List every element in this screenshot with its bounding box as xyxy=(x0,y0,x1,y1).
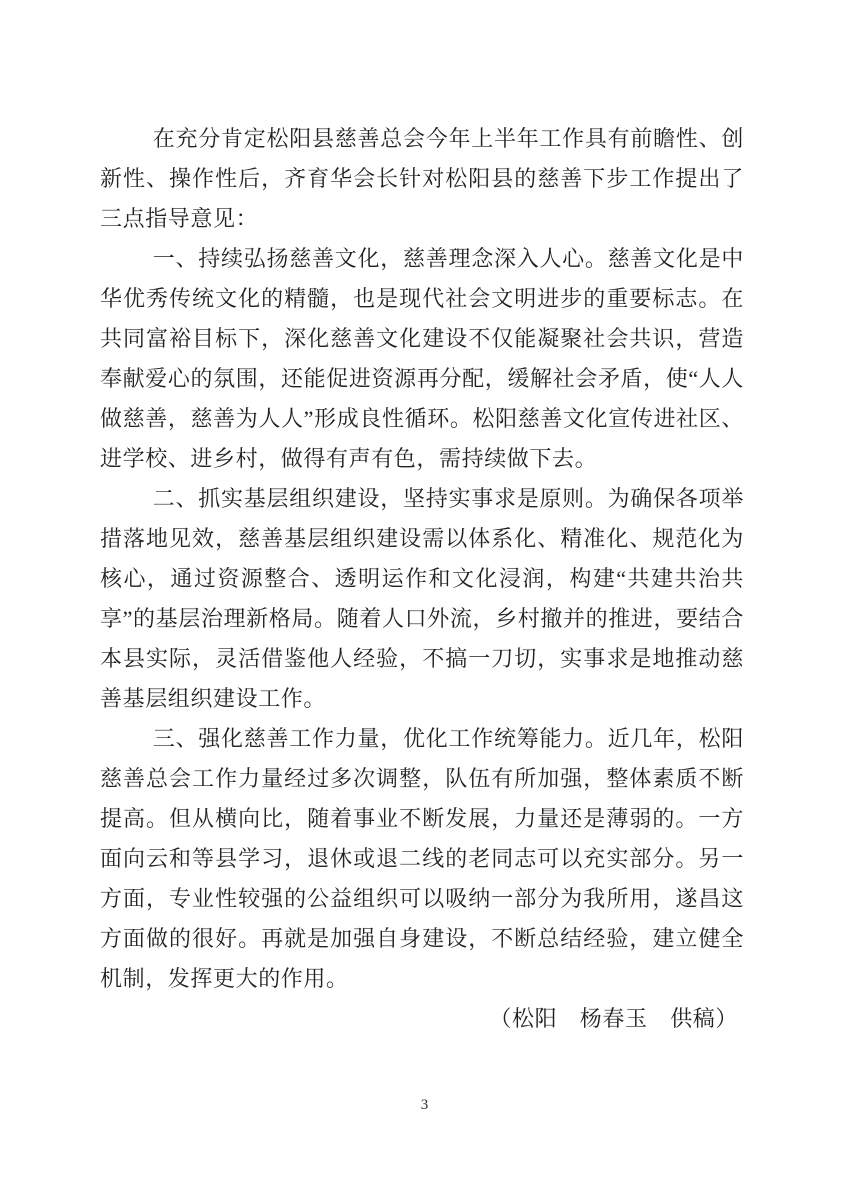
page-number: 3 xyxy=(0,1097,849,1114)
paragraph-point-3: 三、强化慈善工作力量，优化工作统筹能力。近几年，松阳慈善总会工作力量经过多次调整… xyxy=(100,719,744,999)
paragraph-intro: 在充分肯定松阳县慈善总会今年上半年工作具有前瞻性、创新性、操作性后，齐育华会长针… xyxy=(100,119,744,239)
byline: （松阳 杨春玉 供稿） xyxy=(100,999,744,1039)
document-page: 在充分肯定松阳县慈善总会今年上半年工作具有前瞻性、创新性、操作性后，齐育华会长针… xyxy=(0,0,849,1200)
paragraph-point-2: 二、抓实基层组织建设，坚持实事求是原则。为确保各项举措落地见效，慈善基层组织建设… xyxy=(100,479,744,719)
paragraph-point-1: 一、持续弘扬慈善文化，慈善理念深入人心。慈善文化是中华优秀传统文化的精髓，也是现… xyxy=(100,239,744,479)
document-body: 在充分肯定松阳县慈善总会今年上半年工作具有前瞻性、创新性、操作性后，齐育华会长针… xyxy=(100,119,744,1039)
